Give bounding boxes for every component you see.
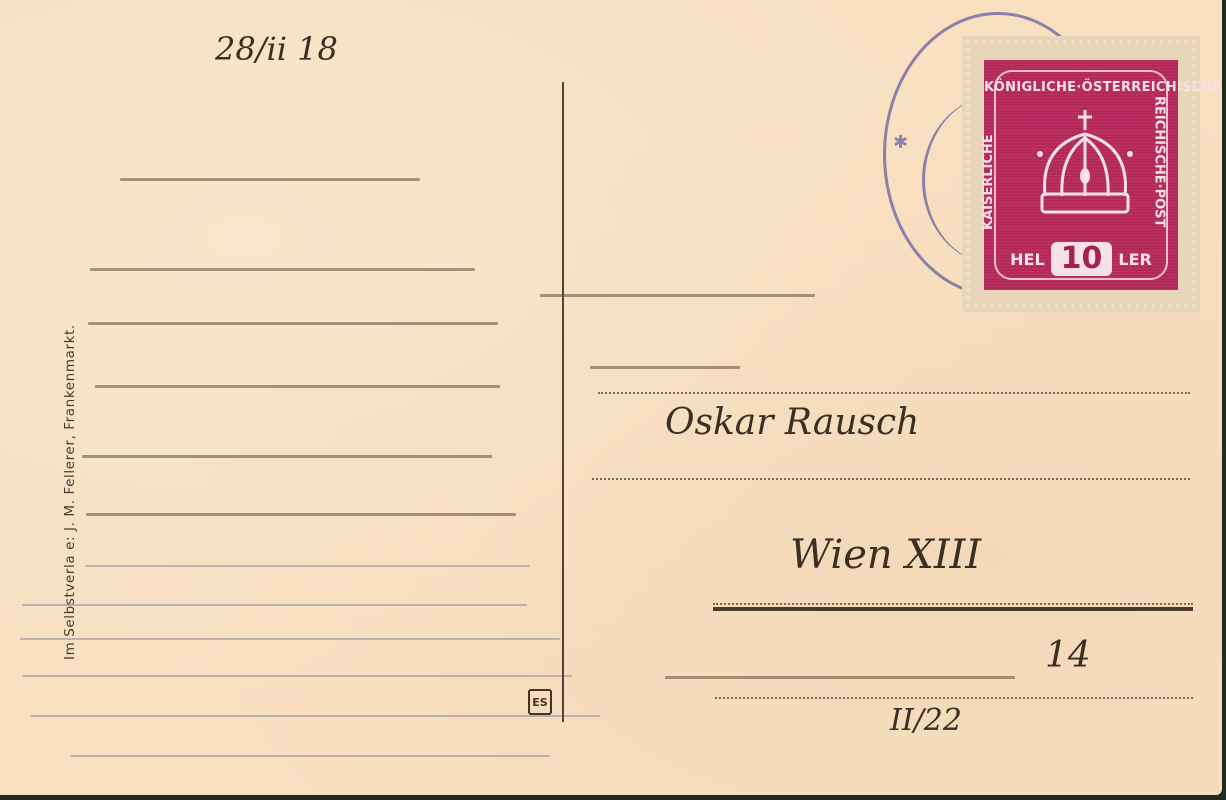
street-number: 14 [1045, 635, 1091, 676]
recipient-name: Oskar Rausch [665, 402, 919, 443]
message-line [88, 322, 498, 325]
postmark-star-icon: ✱ [893, 132, 908, 153]
stamp-top-legend: KÖNIGLICHE·ÖSTERREICHISCHE [984, 80, 1178, 95]
salutation-line [540, 294, 815, 297]
stamp-face: KÖNIGLICHE·ÖSTERREICHISCHE KAISERLICHE R… [984, 60, 1178, 290]
publisher-logo: ES [528, 689, 552, 715]
publisher-imprint: Im Selbstverla e: J. M. Fellerer, Franke… [62, 324, 78, 660]
stamp-denomination: HEL 10 LER [984, 242, 1178, 276]
city-underline [713, 607, 1193, 611]
apartment-number: II/22 [890, 703, 962, 738]
message-line [120, 178, 420, 181]
stamp-denomination-value: 10 [1051, 242, 1113, 276]
postscript-line [85, 565, 530, 567]
address-line-1 [598, 392, 1190, 394]
message-line [86, 513, 516, 516]
postcard-back: 28/ii 18 Im Selbstverla e: J. M. Fellere… [0, 0, 1222, 795]
address-line-3 [713, 603, 1193, 605]
postscript-line [30, 715, 600, 717]
message-line [90, 268, 475, 271]
stamp-left-legend: KAISERLICHE [981, 134, 996, 230]
address-line-4 [715, 697, 1193, 699]
center-divider [562, 82, 564, 722]
crown-icon [1030, 106, 1140, 226]
address-city: Wien XIII [790, 532, 981, 578]
address-line-2 [592, 478, 1190, 480]
postscript-line [20, 638, 560, 640]
postscript-line [22, 604, 527, 606]
handwritten-date: 28/ii 18 [215, 30, 338, 68]
postscript-line [70, 755, 550, 757]
message-line [82, 455, 492, 458]
message-line [95, 385, 500, 388]
street-name [665, 676, 1015, 679]
stamp-right-legend: REICHISCHE·POST [1151, 96, 1166, 227]
postscript-line [22, 675, 572, 677]
stamp-denomination-suffix: LER [1118, 250, 1151, 269]
postage-stamp: KÖNIGLICHE·ÖSTERREICHISCHE KAISERLICHE R… [966, 40, 1196, 308]
stamp-denomination-prefix: HEL [1010, 250, 1045, 269]
salutation-line [590, 366, 740, 369]
